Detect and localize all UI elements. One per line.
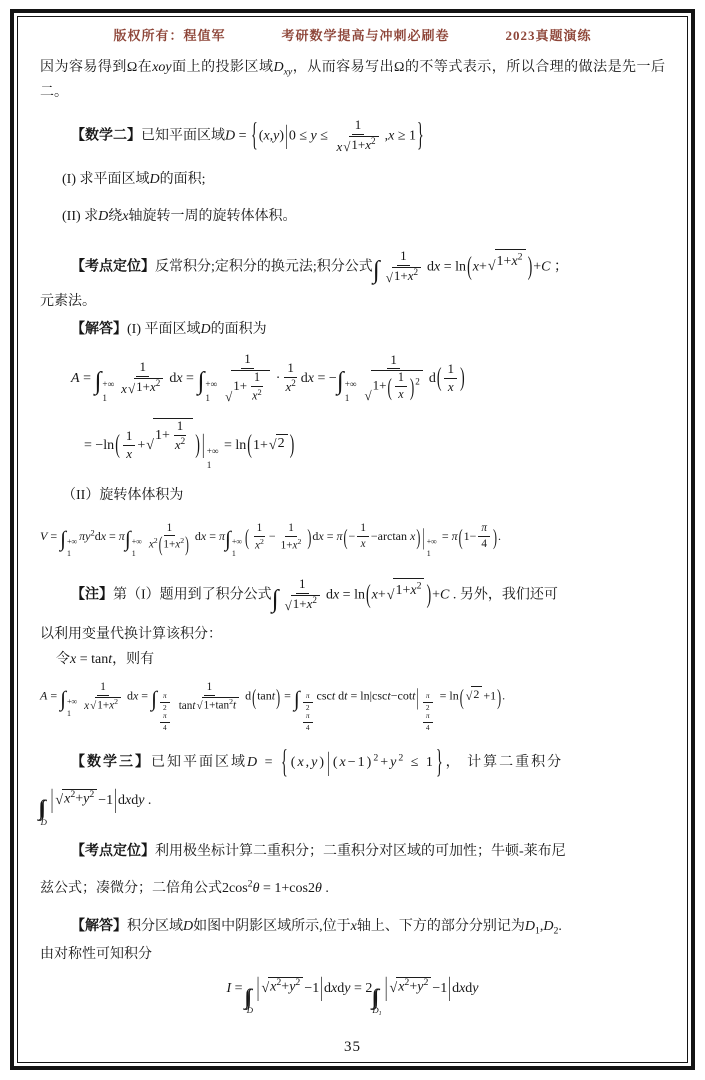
formula-double-integral: ∫∫D|√x2+y2−1|dxdy . <box>40 789 665 827</box>
page-number: 35 <box>344 1039 361 1055</box>
math3-solution: 【解答】积分区域D如图中阴影区域所示,位于x轴上、下方的部分分别记为D1,D2. <box>40 915 665 940</box>
math3-keypoints: 【考点定位】利用极坐标计算二重积分；二重积分对区域的可加性；牛顿-莱布尼 <box>40 840 665 865</box>
math3-keypoints-cont: 兹公式；凑微分；二倍角公式2cos2θ = 1+cos2θ . <box>40 877 665 902</box>
page-frame: 版权所有：程值军 考研数学提高与冲刺必刷卷 2023真题演练 因为容易得到Ω在x… <box>10 9 695 1070</box>
math2-note: 【注】第（I）题用到了积分公式∫1√1+x2dx = ln(x+√1+x2)+C… <box>40 577 665 614</box>
formula-symmetry: I = ∫∫D|√x2+y2−1|dxdy = 2∫∫D1|√x2+y2−1|d… <box>40 977 665 1018</box>
math2-part2: (II) 求D绕x轴旋转一周的旋转体体积。 <box>40 205 665 230</box>
formula-area-1: A = ∫+∞11x√1+x2dx = ∫+∞11√1+1x2·1x2dx = … <box>40 352 665 405</box>
intro-paragraph: 因为容易得到Ω在xoy面上的投影区域Dxy，从而容易写出Ω的不等式表示，所以合理… <box>40 56 665 105</box>
formula-area-2: = −ln(1x+√1+1x2)|+∞1 = ln(1+√2) <box>40 418 665 471</box>
math2-solution-part2: （II）旋转体体积为 <box>40 484 665 509</box>
problem-math2-heading: 【数学二】已知平面区域D = {(x,y)|0 ≤ y ≤ 1x√1+x2,x … <box>40 118 665 155</box>
formula-volume: V = ∫+∞1πy2dx = π∫+∞11x2(1+x2)dx = π∫+∞1… <box>40 522 665 559</box>
formula-area-substitution: A = ∫+∞11x√1+x2dx = ∫π2π41tant√1+tan2td(… <box>40 681 665 732</box>
math2-part1: (I) 求平面区域D的面积; <box>40 168 665 193</box>
page-header: 版权所有：程值军 考研数学提高与冲刺必刷卷 2023真题演练 <box>40 25 665 44</box>
problem-math3-heading: 【数学三】已知平面区域D = {(x,y)|(x−1)2+y2 ≤ 1}， 计算… <box>40 751 665 776</box>
page: 版权所有：程值军 考研数学提高与冲刺必刷卷 2023真题演练 因为容易得到Ω在x… <box>0 0 705 1080</box>
page-footer: 35 <box>14 1039 691 1056</box>
math2-keypoints: 【考点定位】反常积分;定积分的换元法;积分公式∫1√1+x2dx = ln(x+… <box>40 249 665 286</box>
header-book-title: 考研数学提高与冲刺必刷卷 <box>281 25 449 44</box>
math2-solution-part1: 【解答】(I) 平面区域D的面积为 <box>40 318 665 343</box>
math3-solution-cont: 由对称性可知积分 <box>40 943 665 968</box>
math2-note-sub: 令x = tant，则有 <box>40 648 665 673</box>
math2-note-cont: 以利用变量代换计算该积分： <box>40 623 665 648</box>
math2-keypoints-cont: 元素法。 <box>40 290 665 315</box>
header-edition: 2023真题演练 <box>506 25 592 44</box>
document-body: 因为容易得到Ω在xoy面上的投影区域Dxy，从而容易写出Ω的不等式表示，所以合理… <box>40 56 665 1018</box>
header-copyright: 版权所有：程值军 <box>113 25 225 44</box>
